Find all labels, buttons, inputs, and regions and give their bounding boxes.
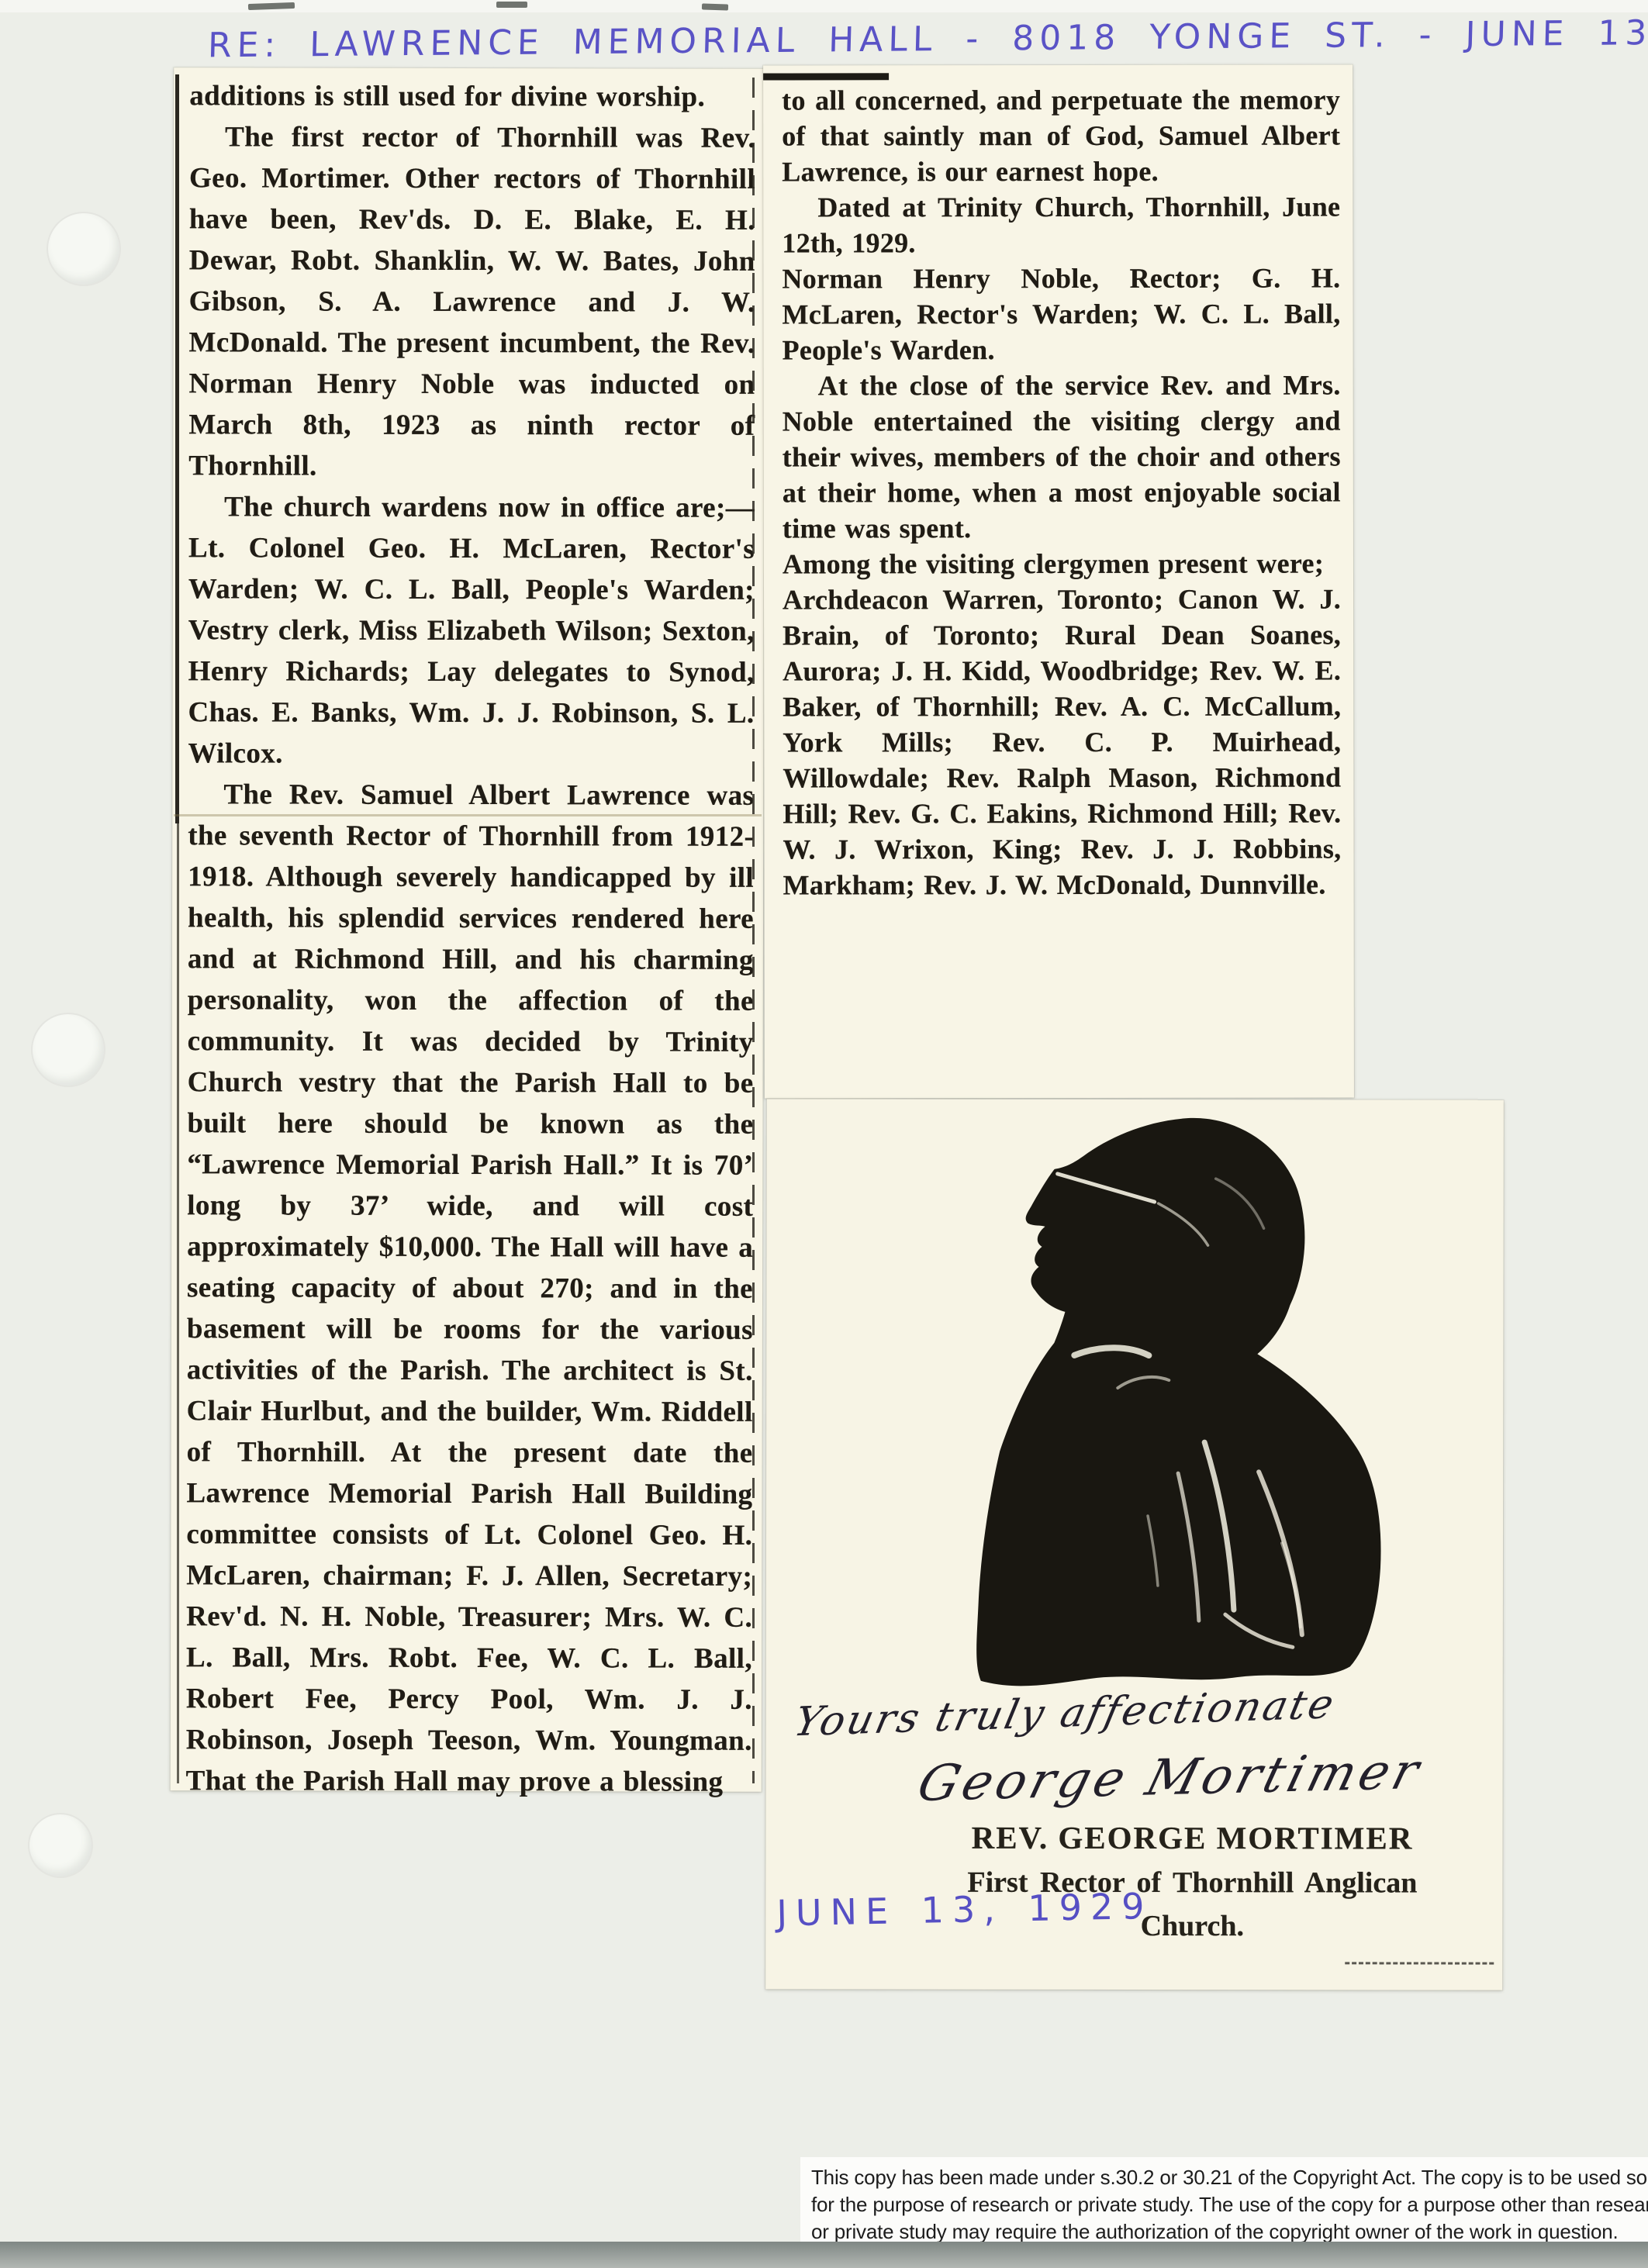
- column-rule-left-lower: [177, 823, 179, 1783]
- scan-speck: [702, 3, 728, 10]
- punch-hole: [48, 213, 119, 285]
- portrait-silhouette-image: [946, 1109, 1404, 1687]
- newspaper-clipping-left: additions is still used for divine worsh…: [171, 67, 765, 1792]
- paragraph: to all concerned, and perpetuate the mem…: [782, 81, 1340, 189]
- paragraph: Among the visiting clergymen present wer…: [783, 545, 1341, 582]
- paragraph: The Rev. Samuel Albert Lawrence was the …: [186, 774, 755, 1803]
- inter-column-rule: [752, 78, 755, 1783]
- photo-clipping: Yours truly affectionate George Mortimer…: [765, 1099, 1504, 1990]
- paragraph: At the close of the service Rev. and Mrs…: [783, 367, 1341, 546]
- scanned-page: { "page": { "handwritten_header": "RE: L…: [0, 0, 1648, 2268]
- paragraph: additions is still used for divine worsh…: [189, 75, 755, 118]
- punch-hole: [33, 1014, 104, 1086]
- paragraph: Archdeacon Warren, Toronto; Canon W. J. …: [783, 581, 1342, 903]
- paragraph: Norman Henry Noble, Rector; G. H. McLare…: [782, 260, 1340, 368]
- paragraph: Dated at Trinity Church, Thornhill, June…: [782, 188, 1340, 261]
- copyright-line: This copy has been made under s.30.2 or …: [811, 2164, 1648, 2191]
- column-rule-top: [763, 73, 889, 80]
- newspaper-clipping-right: to all concerned, and perpetuate the mem…: [763, 64, 1354, 1098]
- scan-speck: [496, 2, 527, 8]
- right-column-text: to all concerned, and perpetuate the mem…: [763, 64, 1354, 903]
- dashed-rule: [1345, 1962, 1494, 1964]
- caption-title: REV. GEORGE MORTIMER: [897, 1819, 1487, 1857]
- scan-top-edge: [0, 0, 1648, 12]
- paragraph: The first rector of Thornhill was Rev. G…: [188, 116, 755, 488]
- copyright-line: for the purpose of research or private s…: [811, 2191, 1648, 2218]
- left-column-text: additions is still used for divine worsh…: [171, 67, 765, 1803]
- signature-line-1: Yours truly affectionate: [789, 1681, 1339, 1745]
- punch-hole: [29, 1814, 92, 1876]
- copyright-notice: This copy has been made under s.30.2 or …: [800, 2157, 1648, 2255]
- scan-bottom-edge: [0, 2242, 1648, 2268]
- signature-line-2: George Mortimer: [912, 1743, 1429, 1813]
- column-rule-left-upper: [175, 74, 179, 823]
- clipping-seam: [174, 814, 762, 816]
- handwritten-header: RE: LAWRENCE MEMORIAL HALL - 8018 YONGE …: [207, 15, 1511, 66]
- handwritten-date-stamp: JUNE 13, 1929: [776, 1885, 1153, 1934]
- paragraph: The church wardens now in office are;—Lt…: [188, 486, 755, 775]
